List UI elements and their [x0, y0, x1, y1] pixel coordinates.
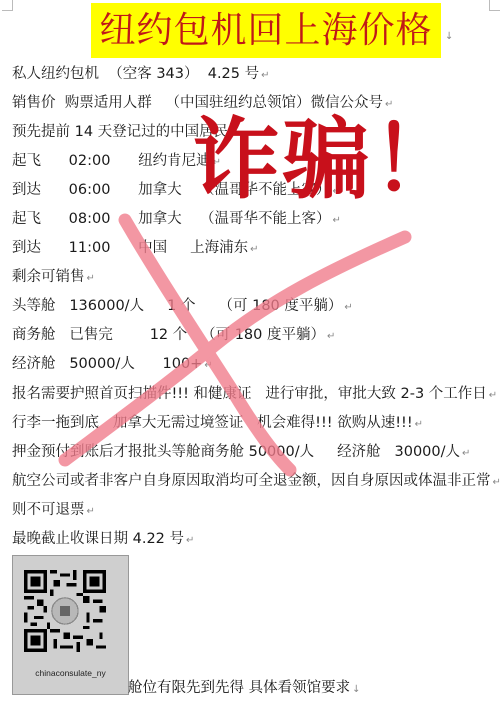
paragraph-mark-icon: ↵	[489, 390, 497, 401]
document-line-text: 销售价 购票适用人群 （中国驻纽约总领馆）微信公众号	[12, 95, 383, 111]
paragraph-mark-icon: ↵	[87, 273, 95, 284]
paragraph-mark-icon: ↵	[385, 99, 393, 110]
paragraph-mark-icon: ↵	[213, 157, 221, 168]
qr-code-image	[24, 570, 106, 652]
document-line-text: 起飞 02:00 纽约肯尼迪	[12, 153, 211, 169]
document-line-text: 到达 06:00 加拿大 （温哥华不能上客）	[12, 182, 331, 198]
paragraph-mark-icon: ↵	[333, 215, 341, 226]
document-line-text: 私人纽约包机 （空客 343） 4.25 号	[12, 66, 259, 82]
document-line-text: 经济舱 50000/人 100+	[12, 356, 202, 372]
document-line: 销售价 购票适用人群 （中国驻纽约总领馆）微信公众号↵	[12, 93, 393, 115]
document-line: 预先提前 14 天登记过的中国居民↵	[12, 122, 239, 144]
document-line: 到达 06:00 加拿大 （温哥华不能上客）↵	[12, 180, 341, 202]
page-corner-marker-right	[489, 0, 500, 11]
document-line: 头等舱 136000/人 1 个 （可 180 度平躺）↵	[12, 296, 353, 318]
document-line: 押金预付到账后才报批头等舱商务舱 50000/人 经济舱 30000/人↵	[12, 442, 470, 464]
footer-note-text: 舱位有限先到先得 具体看领馆要求	[128, 680, 350, 696]
paragraph-mark-icon: ↵	[186, 535, 194, 546]
paragraph-mark-icon: ↵	[415, 419, 423, 430]
document-line: 航空公司或者非客户自身原因取消均可全退金额，因自身原因或体温非正常↵	[12, 471, 501, 493]
document-line-text: 头等舱 136000/人 1 个 （可 180 度平躺）	[12, 298, 342, 314]
paragraph-mark-icon: ↵	[344, 302, 352, 313]
document-line: 起飞 02:00 纽约肯尼迪↵	[12, 151, 221, 173]
paragraph-mark-icon: ↵	[462, 448, 470, 459]
document-line-text: 剩余可销售	[12, 269, 85, 285]
footer-note: 舱位有限先到先得 具体看领馆要求↓	[128, 679, 361, 699]
document-line-text: 最晚截止收课日期 4.22 号	[12, 531, 184, 547]
document-line: 剩余可销售↵	[12, 267, 95, 289]
document-line: 行李一拖到底 加拿大无需过境签证 机会难得!!! 欲购从速!!!↵	[12, 413, 423, 435]
document-line-text: 商务舱 已售完 12 个 （可 180 度平躺）	[12, 327, 325, 343]
document-line: 则不可退票↵	[12, 500, 95, 522]
document-line-text: 报名需要护照首页扫描件!!! 和健康证 进行审批，审批大致 2-3 个工作日	[12, 386, 487, 402]
document-line-text: 押金预付到账后才报批头等舱商务舱 50000/人 经济舱 30000/人	[12, 444, 460, 460]
document-title: 纽约包机回上海价格	[91, 3, 441, 58]
document-line-text: 航空公司或者非客户自身原因取消均可全退金额，因自身原因或体温非正常	[12, 473, 491, 489]
document-line: 最晚截止收课日期 4.22 号↵	[12, 529, 194, 551]
document-line: 经济舱 50000/人 100+↵	[12, 354, 213, 376]
document-line-text: 行李一拖到底 加拿大无需过境签证 机会难得!!! 欲购从速!!!	[12, 415, 413, 431]
document-line: 商务舱 已售完 12 个 （可 180 度平躺）↵	[12, 325, 335, 347]
page-corner-marker-left	[2, 0, 13, 11]
paragraph-mark-icon: ↵	[250, 244, 258, 255]
paragraph-mark-icon: ↵	[230, 128, 238, 139]
qr-code-card: chinaconsulate_ny	[12, 555, 129, 695]
document-line: 起飞 08:00 加拿大 （温哥华不能上客）↵	[12, 209, 341, 231]
document-line: 报名需要护照首页扫描件!!! 和健康证 进行审批，审批大致 2-3 个工作日↵	[12, 384, 497, 406]
document-title-block: 纽约包机回上海价格 ↓	[91, 3, 441, 58]
paragraph-mark-icon: ↵	[261, 70, 269, 81]
paragraph-mark-icon: ↵	[493, 477, 501, 488]
paragraph-mark-icon: ↵	[327, 331, 335, 342]
document-line: 到达 11:00 中国 上海浦东↵	[12, 238, 259, 260]
line-break-mark-icon: ↓	[352, 684, 360, 695]
document-line-text: 起飞 08:00 加拿大 （温哥华不能上客）	[12, 211, 331, 227]
line-break-mark-icon: ↓	[445, 31, 453, 42]
document-line: 私人纽约包机 （空客 343） 4.25 号↵	[12, 64, 270, 86]
document-line-text: 则不可退票	[12, 502, 85, 518]
paragraph-mark-icon: ↵	[333, 186, 341, 197]
document-line-text: 预先提前 14 天登记过的中国居民	[12, 124, 228, 140]
document-line-text: 到达 11:00 中国 上海浦东	[12, 240, 248, 256]
qr-code-account-label: chinaconsulate_ny	[13, 668, 128, 678]
paragraph-mark-icon: ↵	[204, 360, 212, 371]
paragraph-mark-icon: ↵	[87, 506, 95, 517]
